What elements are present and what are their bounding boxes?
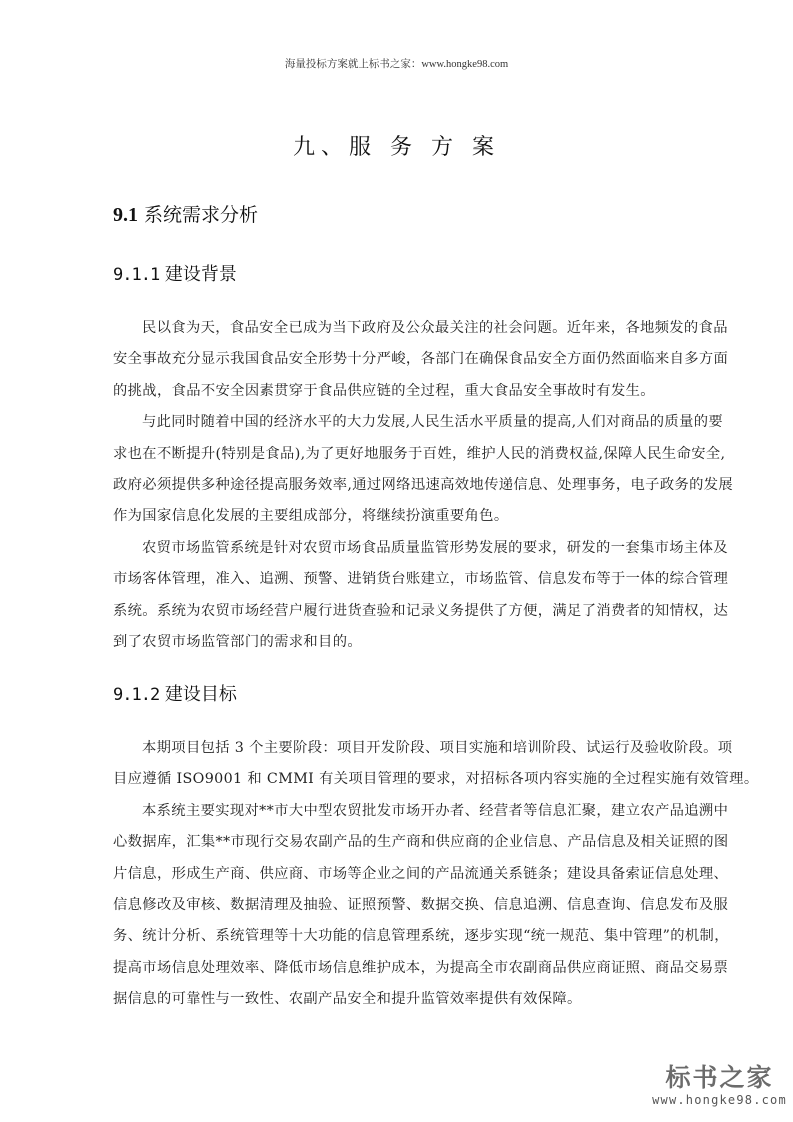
section-heading-9-1: 9.1 系统需求分析 bbox=[113, 200, 258, 227]
section-title: 建设背景 bbox=[165, 264, 237, 285]
paragraph-line: 信息修改及审核、数据清理及抽验、证照预警、数据交换、信息追溯、信息查询、信息发布… bbox=[113, 890, 681, 921]
paragraph: 与此同时随着中国的经济水平的大力发展,人民生活水平质量的提高,人们对商品的质量的… bbox=[113, 407, 681, 533]
paragraph-line: 与此同时随着中国的经济水平的大力发展,人民生活水平质量的提高,人们对商品的质量的… bbox=[113, 407, 681, 438]
paragraph-line: 提高市场信息处理效率、降低市场信息维护成本，为提高全市农副商品供应商证照、商品交… bbox=[113, 953, 681, 984]
paragraph-line: 到了农贸市场监管部门的需求和目的。 bbox=[113, 627, 681, 658]
paragraph-line: 本系统主要实现对**市大中型农贸批发市场开办者、经营者等信息汇聚，建立农产品追溯… bbox=[113, 796, 681, 827]
section-heading-9-1-2: 9.1.2 建设目标 bbox=[113, 680, 237, 706]
paragraph-line: 的挑战，食品不安全因素贯穿于食品供应链的全过程，重大食品安全事故时有发生。 bbox=[113, 376, 681, 407]
paragraph-line: 系统。系统为农贸市场经营户履行进货查验和记录义务提供了方便，满足了消费者的知情权… bbox=[113, 596, 681, 627]
chapter-title: 九、服 务 方 案 bbox=[0, 130, 793, 161]
paragraph-line: 农贸市场监管系统是针对农贸市场食品质量监管形势发展的要求，研发的一套集市场主体及 bbox=[113, 533, 681, 564]
section-number: 9.1 bbox=[113, 204, 138, 226]
background-paragraphs: 民以食为天，食品安全已成为当下政府及公众最关注的社会问题。近年来，各地频发的食品… bbox=[113, 313, 681, 658]
paragraph: 本期项目包括 3 个主要阶段：项目开发阶段、项目实施和培训阶段、试运行及验收阶段… bbox=[113, 733, 681, 796]
paragraph-line: 求也在不断提升(特别是食品),为了更好地服务于百姓，维护人民的消费权益,保障人民… bbox=[113, 439, 681, 470]
section-title: 系统需求分析 bbox=[144, 204, 258, 226]
paragraph-line: 本期项目包括 3 个主要阶段：项目开发阶段、项目实施和培训阶段、试运行及验收阶段… bbox=[113, 733, 681, 764]
paragraph-line: 民以食为天，食品安全已成为当下政府及公众最关注的社会问题。近年来，各地频发的食品 bbox=[113, 313, 681, 344]
watermark-logo: 标书之家 www.hongke98.com bbox=[652, 1064, 787, 1108]
paragraph-line: 心数据库，汇集**市现行交易农副产品的生产商和供应商的企业信息、产品信息及相关证… bbox=[113, 827, 681, 858]
logo-url: www.hongke98.com bbox=[652, 1092, 787, 1108]
section-number: 9.1.2 bbox=[113, 685, 159, 705]
section-title: 建设目标 bbox=[165, 684, 237, 705]
paragraph: 农贸市场监管系统是针对农贸市场食品质量监管形势发展的要求，研发的一套集市场主体及… bbox=[113, 533, 681, 659]
paragraph-line: 政府必须提供多种途径提高服务效率,通过网络迅速高效地传递信息、处理事务，电子政务… bbox=[113, 470, 681, 501]
page-header: 海量投标方案就上标书之家：www.hongke98.com bbox=[0, 56, 793, 71]
paragraph-line: 市场客体管理，准入、追溯、预警、进销货台账建立，市场监管、信息发布等于一体的综合… bbox=[113, 564, 681, 595]
paragraph-line: 务、统计分析、系统管理等十大功能的信息管理系统，逐步实现“统一规范、集中管理”的… bbox=[113, 921, 681, 952]
goal-paragraphs: 本期项目包括 3 个主要阶段：项目开发阶段、项目实施和培训阶段、试运行及验收阶段… bbox=[113, 733, 681, 1016]
paragraph-line: 安全事故充分显示我国食品安全形势十分严峻，各部门在确保食品安全方面仍然面临来自多… bbox=[113, 344, 681, 375]
paragraph: 本系统主要实现对**市大中型农贸批发市场开办者、经营者等信息汇聚，建立农产品追溯… bbox=[113, 796, 681, 1016]
logo-mark: 标书之家 bbox=[652, 1064, 787, 1092]
section-heading-9-1-1: 9.1.1 建设背景 bbox=[113, 260, 237, 286]
paragraph-line: 作为国家信息化发展的主要组成部分，将继续扮演重要角色。 bbox=[113, 501, 681, 532]
paragraph: 民以食为天，食品安全已成为当下政府及公众最关注的社会问题。近年来，各地频发的食品… bbox=[113, 313, 681, 407]
paragraph-line: 目应遵循 ISO9001 和 CMMI 有关项目管理的要求，对招标各项内容实施的… bbox=[113, 764, 681, 795]
paragraph-line: 据信息的可靠性与一致性、农副产品安全和提升监管效率提供有效保障。 bbox=[113, 984, 681, 1015]
paragraph-line: 片信息，形成生产商、供应商、市场等企业之间的产品流通关系链条；建设具备索证信息处… bbox=[113, 859, 681, 890]
section-number: 9.1.1 bbox=[113, 265, 159, 285]
